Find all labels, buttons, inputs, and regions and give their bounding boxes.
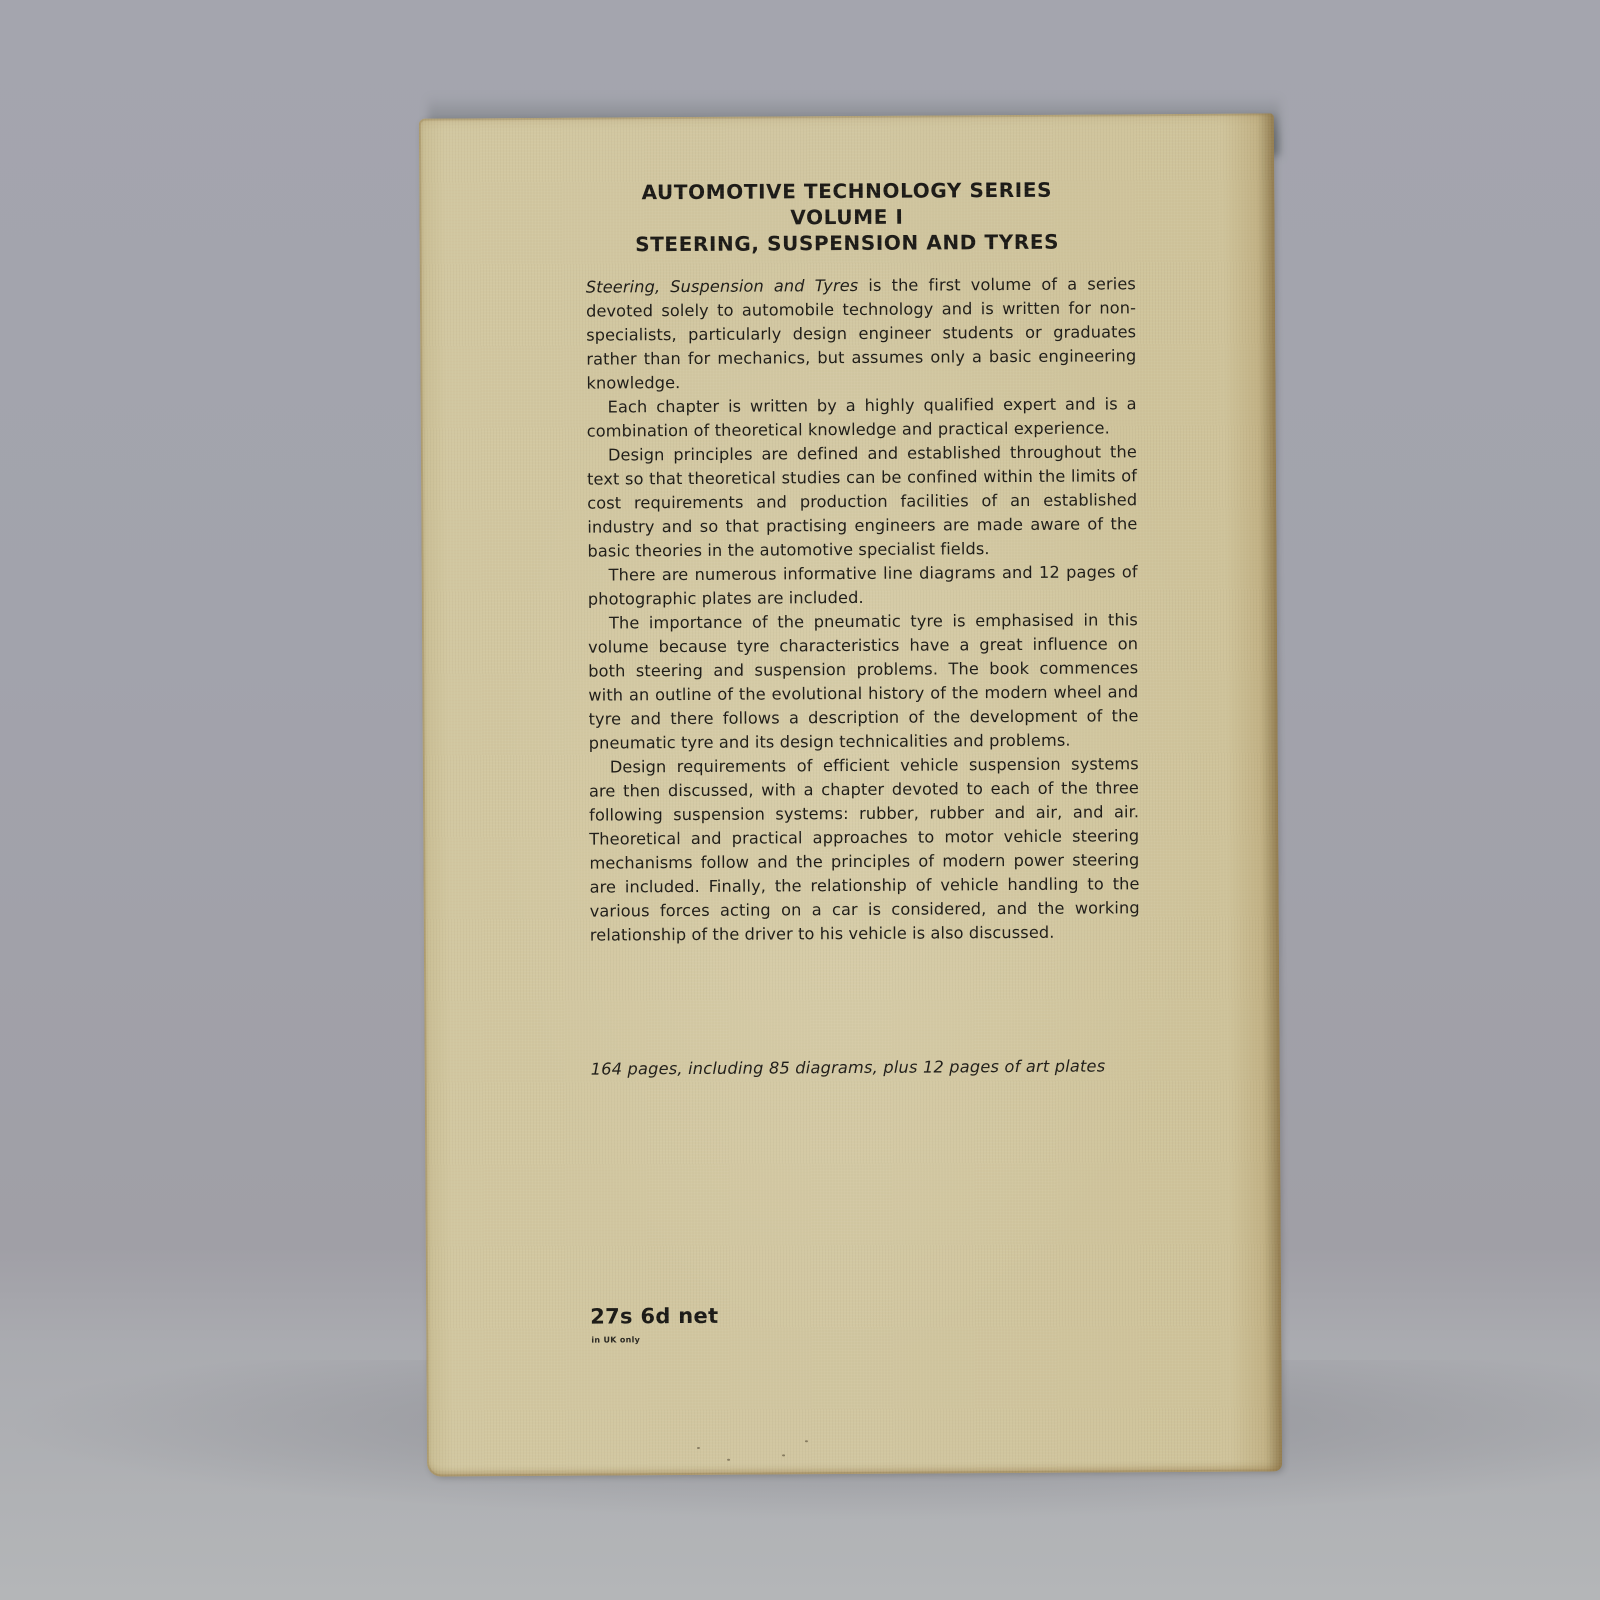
page-extent-note: 164 pages, including 85 diagrams, plus 1… xyxy=(591,1056,1151,1078)
blurb-paragraph-2: Each chapter is written by a highly qual… xyxy=(587,392,1137,443)
title-italic: Steering, Suspension and Tyres xyxy=(586,276,859,297)
surface-speck xyxy=(782,1454,785,1456)
book-back-cover: AUTOMOTIVE TECHNOLOGY SERIES VOLUME I ST… xyxy=(419,113,1282,1476)
book-title: STEERING, SUSPENSION AND TYRES xyxy=(420,227,1275,258)
blurb-paragraph-3: Design principles are defined and establ… xyxy=(587,440,1138,563)
blurb-paragraph-4: There are numerous informative line diag… xyxy=(588,560,1138,611)
blurb: Steering, Suspension and Tyres is the fi… xyxy=(586,272,1140,947)
blurb-paragraph-6: Design requirements of efficient vehicle… xyxy=(589,752,1140,947)
price-region-note: in UK only xyxy=(591,1335,640,1344)
price: 27s 6d net xyxy=(590,1304,718,1329)
cover-heading: AUTOMOTIVE TECHNOLOGY SERIES VOLUME I ST… xyxy=(419,175,1274,258)
surface-speck xyxy=(727,1459,730,1461)
surface-speck xyxy=(697,1447,700,1449)
blurb-paragraph-5: The importance of the pneumatic tyre is … xyxy=(588,608,1139,755)
blurb-paragraph-1: Steering, Suspension and Tyres is the fi… xyxy=(586,272,1137,395)
surface-speck xyxy=(805,1440,808,1442)
